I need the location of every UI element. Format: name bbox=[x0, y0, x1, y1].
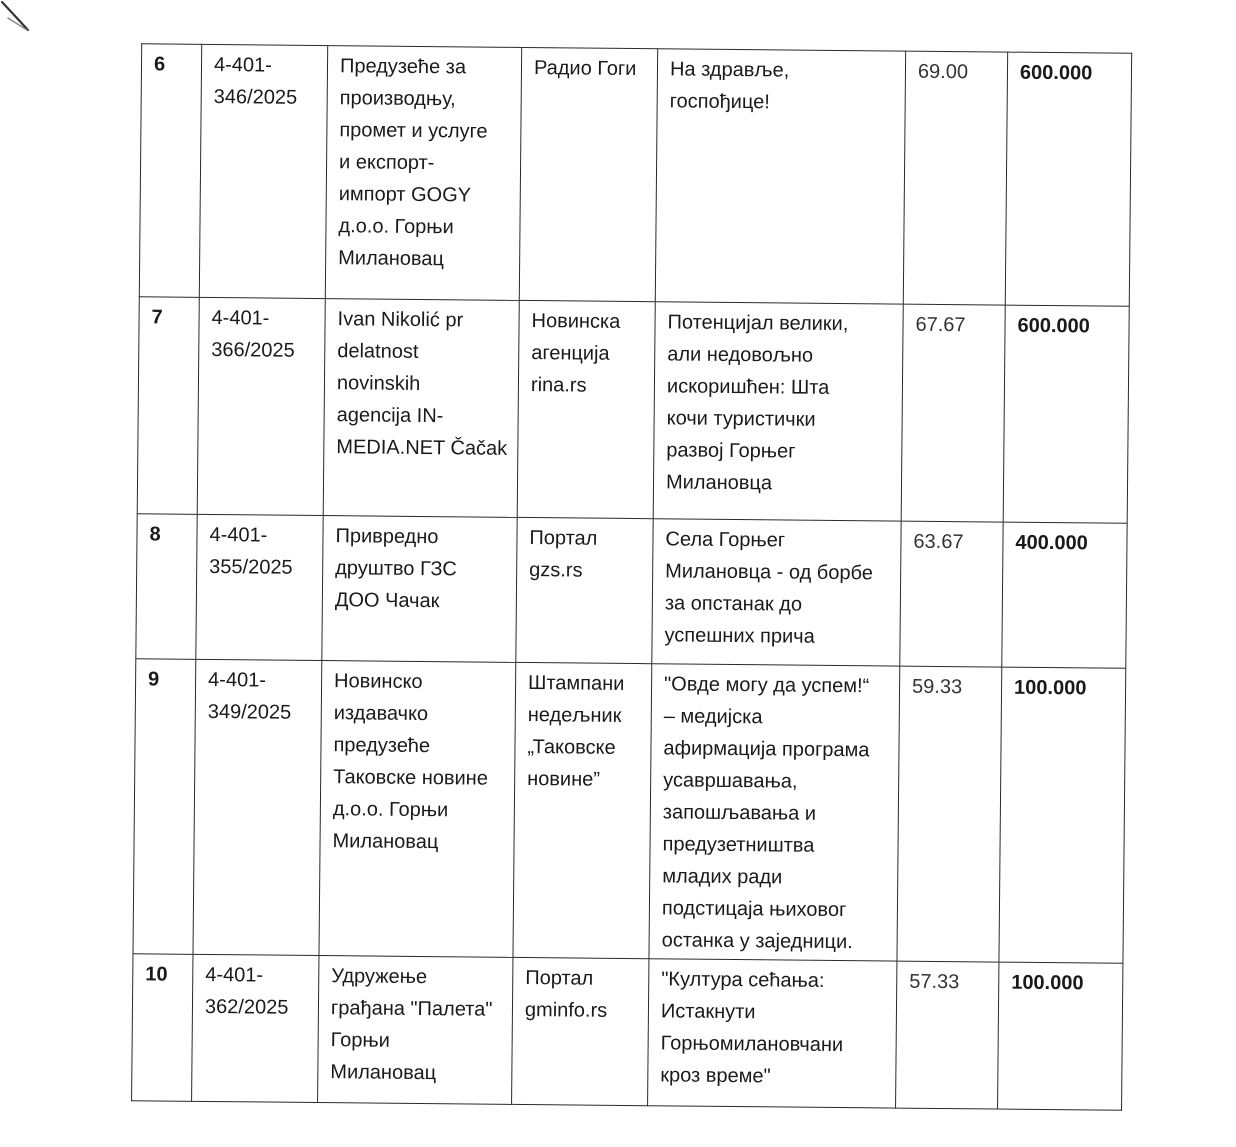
text-line: 366/2025 bbox=[211, 334, 314, 367]
case-number: 4-401-362/2025 bbox=[192, 954, 319, 1102]
text-line: новине” bbox=[527, 763, 640, 796]
text-line: промет и услуге bbox=[339, 114, 510, 148]
case-number: 4-401-349/2025 bbox=[193, 659, 322, 955]
text-line: Милановац bbox=[338, 242, 509, 276]
text-line: кроз време" bbox=[660, 1059, 885, 1093]
text-line: rina.rs bbox=[531, 369, 644, 402]
media-outlet: Порталgzs.rs bbox=[516, 517, 653, 663]
table-row: 8 4-401-355/2025 Привреднодруштво ГЗСДОО… bbox=[136, 514, 1127, 668]
text-line: Предузеће за bbox=[340, 50, 511, 84]
text-line: развој Горњег bbox=[666, 434, 891, 468]
project-title: Потенцијал велики,али недовољноискоришће… bbox=[653, 302, 903, 521]
text-line: – медијска bbox=[664, 700, 889, 734]
text-line: Потенцијал велики, bbox=[667, 306, 892, 340]
text-line: Истакнути bbox=[661, 995, 886, 1029]
text-line: младих ради bbox=[662, 860, 887, 894]
text-line: gzs.rs bbox=[529, 554, 642, 587]
text-line: Горњомилановчани bbox=[660, 1027, 885, 1061]
text-line: агенција bbox=[531, 337, 644, 370]
text-line: agencija IN- bbox=[337, 399, 508, 433]
text-line: успешних прича bbox=[664, 619, 889, 653]
applicant-name: Привреднодруштво ГЗСДОО Чачак bbox=[322, 516, 517, 663]
project-title: Села ГорњегМилановца - од борбеза опстан… bbox=[652, 519, 901, 666]
text-line: Милановца bbox=[666, 466, 891, 500]
text-line: 4-401- bbox=[205, 959, 308, 992]
text-line: за опстанак до bbox=[665, 587, 890, 621]
text-line: усавршавања, bbox=[663, 764, 888, 798]
text-line: 4-401- bbox=[214, 49, 317, 82]
table-row: 10 4-401-362/2025 Удружењеграђана "Палет… bbox=[132, 954, 1123, 1110]
text-line: друштво ГЗС bbox=[335, 552, 506, 586]
table-row: 9 4-401-349/2025 Новинскоиздавачкопредуз… bbox=[133, 659, 1126, 963]
text-line: издавачко bbox=[334, 697, 505, 731]
table-row: 7 4-401-366/2025 Ivan Nikolić prdelatnos… bbox=[137, 297, 1129, 523]
text-line: запошљавања и bbox=[663, 796, 888, 830]
case-number: 4-401-366/2025 bbox=[197, 297, 325, 515]
row-number: 9 bbox=[133, 659, 196, 955]
score: 69.00 bbox=[903, 51, 1007, 305]
text-line: Новинска bbox=[531, 305, 644, 338]
text-line: грађана "Палета" bbox=[331, 992, 502, 1026]
text-line: 4-401- bbox=[208, 664, 311, 697]
score: 63.67 bbox=[900, 521, 1003, 667]
text-line: Села Горњег bbox=[665, 523, 890, 557]
text-line: На здравље, bbox=[670, 53, 895, 87]
text-line: 362/2025 bbox=[205, 991, 308, 1024]
text-line: д.о.о. Горњи bbox=[333, 793, 504, 827]
project-title: "Овде могу да успем!“– медијскаафирмациј… bbox=[649, 664, 900, 961]
text-line: MEDIA.NET Čačak bbox=[336, 431, 507, 465]
text-line: Радио Гоги bbox=[534, 52, 647, 85]
project-title: "Култура сећања:ИстакнутиГорњомилановчан… bbox=[648, 959, 897, 1108]
text-line: 355/2025 bbox=[209, 551, 312, 584]
allocation-table: 6 4-401-346/2025 Предузеће запроизводњу,… bbox=[131, 43, 1132, 1110]
row-number: 6 bbox=[139, 44, 201, 298]
text-line: Портал bbox=[525, 962, 638, 995]
text-line: импорт GOGY bbox=[339, 178, 510, 212]
text-line: 4-401- bbox=[209, 519, 312, 552]
row-number: 7 bbox=[137, 297, 199, 515]
text-line: афирмација програма bbox=[663, 732, 888, 766]
table-row: 6 4-401-346/2025 Предузеће запроизводњу,… bbox=[139, 44, 1131, 306]
row-number: 8 bbox=[136, 514, 197, 660]
text-line: ДОО Чачак bbox=[335, 584, 506, 618]
text-line: Милановац bbox=[330, 1056, 501, 1090]
text-line: Ivan Nikolić pr bbox=[337, 303, 508, 337]
awarded-amount: 100.000 bbox=[999, 667, 1126, 963]
text-line: д.о.о. Горњи bbox=[338, 210, 509, 244]
text-line: Таковске новине bbox=[333, 761, 504, 795]
text-line: подстицаја њиховог bbox=[662, 892, 887, 926]
awarded-amount: 600.000 bbox=[1003, 305, 1129, 523]
text-line: и експорт- bbox=[339, 146, 510, 180]
awarded-amount: 600.000 bbox=[1005, 52, 1131, 306]
text-line: Привредно bbox=[335, 520, 506, 554]
scanned-page: 6 4-401-346/2025 Предузеће запроизводњу,… bbox=[0, 0, 1236, 1147]
text-line: недељник bbox=[528, 699, 641, 732]
text-line: 349/2025 bbox=[208, 696, 311, 729]
project-title: На здравље,госпођице! bbox=[655, 49, 905, 304]
text-line: "Култура сећања: bbox=[661, 963, 886, 997]
applicant-name: Предузеће запроизводњу,промет и услугеи … bbox=[325, 46, 521, 301]
awarded-amount: 100.000 bbox=[998, 962, 1123, 1110]
score: 59.33 bbox=[897, 666, 1002, 962]
applicant-name: Ivan Nikolić prdelatnostnovinskihagencij… bbox=[323, 299, 519, 518]
text-line: предузетништва bbox=[662, 828, 887, 862]
text-line: Штампани bbox=[528, 667, 641, 700]
awarded-amount: 400.000 bbox=[1002, 522, 1127, 668]
text-line: delatnost bbox=[337, 335, 508, 369]
text-line: останка у заједници. bbox=[661, 924, 886, 958]
text-line: "Овде могу да успем!“ bbox=[664, 668, 889, 702]
row-number: 10 bbox=[132, 954, 193, 1102]
text-line: novinskih bbox=[337, 367, 508, 401]
case-number: 4-401-346/2025 bbox=[199, 44, 327, 298]
text-line: предузеће bbox=[333, 729, 504, 763]
text-line: Милановца - од борбе bbox=[665, 555, 890, 589]
text-line: Милановац bbox=[332, 825, 503, 859]
case-number: 4-401-355/2025 bbox=[196, 514, 323, 660]
score: 67.67 bbox=[901, 304, 1005, 522]
media-outlet: Радио Гоги bbox=[519, 47, 657, 301]
text-line: Портал bbox=[529, 522, 642, 555]
text-line: кочи туристички bbox=[666, 402, 891, 436]
media-outlet: Штампанинедељник„Таковскеновине” bbox=[513, 662, 652, 958]
media-outlet: Порталgminfo.rs bbox=[512, 957, 649, 1105]
text-line: искоришћен: Шта bbox=[667, 370, 892, 404]
applicant-name: Удружењеграђана "Палета"ГорњиМилановац bbox=[318, 956, 513, 1105]
text-line: госпођице! bbox=[670, 85, 895, 119]
text-line: Удружење bbox=[331, 960, 502, 994]
text-line: gminfo.rs bbox=[525, 994, 638, 1027]
applicant-name: НовинскоиздавачкопредузећеТаковске новин… bbox=[319, 661, 516, 958]
text-line: „Таковске bbox=[527, 731, 640, 764]
text-line: Горњи bbox=[331, 1024, 502, 1058]
text-line: 346/2025 bbox=[214, 81, 317, 114]
score: 57.33 bbox=[896, 961, 999, 1109]
text-line: али недовољно bbox=[667, 338, 892, 372]
media-outlet: Новинскаагенцијаrina.rs bbox=[517, 300, 655, 518]
text-line: Новинско bbox=[334, 665, 505, 699]
text-line: производњу, bbox=[340, 82, 511, 116]
text-line: 4-401- bbox=[211, 302, 314, 335]
